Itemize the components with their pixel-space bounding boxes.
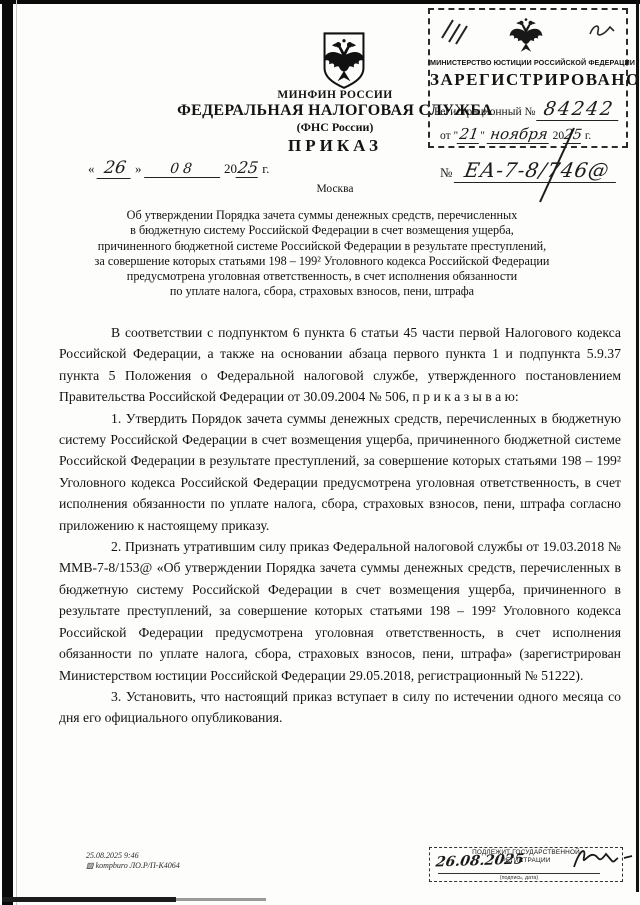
scan-edge-top xyxy=(0,0,640,4)
scan-edge-left-thin xyxy=(16,0,17,905)
handwritten-year: 25 xyxy=(236,158,261,178)
minjust-eagle-icon xyxy=(504,15,548,57)
stamp-registration-number-line: Регистрационный № 84242 xyxy=(434,98,626,121)
stamp-registered-label: ЗАРЕГИСТРИРОВАНО xyxy=(430,70,626,90)
pen-stroke-slash xyxy=(534,126,582,206)
year-prefix: 20 xyxy=(224,161,237,176)
date-quote-open: « xyxy=(88,161,95,176)
preamble-paragraph: В соответствии с подпунктом 6 пункта 6 с… xyxy=(59,322,621,408)
stamp-date-quote: " xyxy=(480,130,485,142)
order-subject: Об утверждении Порядка зачета суммы дене… xyxy=(42,208,602,300)
pen-scribble-right xyxy=(588,22,616,44)
scan-edge-right xyxy=(636,0,639,892)
order-number-line: № ЕА-7-8/746@ xyxy=(440,158,618,183)
handwritten-day: 26 xyxy=(96,158,133,179)
kompburo-icon: ▨ xyxy=(86,861,94,870)
handwritten-registration-date: 26.08.2025 xyxy=(435,851,525,870)
handwritten-stamp-day: 21 xyxy=(457,125,482,144)
item-2-paragraph: 2. Признать утратившим силу приказ Федер… xyxy=(59,536,621,686)
subject-line: за совершение которых статьями 198 – 199… xyxy=(42,254,602,269)
order-body: В соответствии с подпунктом 6 пункта 6 с… xyxy=(59,322,621,729)
stamp-date-from: от " xyxy=(440,130,458,142)
number-label: № xyxy=(440,165,452,180)
order-date-line: « 26 » 08 2025 г. xyxy=(88,158,269,179)
pen-scribble-left xyxy=(438,16,474,50)
print-code-line: ▨ kompburo ЛО.Р/П-К4064 xyxy=(86,861,180,871)
handwritten-month: 08 xyxy=(144,161,222,178)
fns-coat-of-arms-icon xyxy=(318,31,370,91)
handwritten-reg-number: 84242 xyxy=(537,98,623,121)
scan-edge-bottom-fade xyxy=(176,898,266,901)
subject-line: Об утверждении Порядка зачета суммы дене… xyxy=(42,208,602,223)
scan-edge-bottom xyxy=(2,897,176,902)
print-meta: 25.08.2025 9:46 ▨ kompburo ЛО.Р/П-К4064 xyxy=(86,851,180,870)
stamp-year-suffix: г. xyxy=(585,130,591,142)
stamp2-caption: (подпись, дата) xyxy=(438,875,600,881)
date-quote-close: » xyxy=(135,161,142,176)
signature-scribble xyxy=(570,845,634,873)
city-label: Москва xyxy=(110,183,560,195)
subject-line: причиненного бюджетной системе Российско… xyxy=(42,239,602,254)
reg-number-label: Регистрационный № xyxy=(434,106,535,118)
print-timestamp: 25.08.2025 9:46 xyxy=(86,851,180,861)
stamp-date-line: от "21" ноября 2025 г. xyxy=(440,125,626,144)
scanned-order-page: МИНФИН РОССИИ ФЕДЕРАЛЬНАЯ НАЛОГОВАЯ СЛУЖ… xyxy=(0,0,640,905)
print-code: kompburo ЛО.Р/П-К4064 xyxy=(96,861,180,870)
item-3-paragraph: 3. Установить, что настоящий приказ всту… xyxy=(59,686,621,729)
scan-edge-left xyxy=(2,0,13,905)
stamp-ministry-name: МИНИСТЕРСТВО ЮСТИЦИИ РОССИЙСКОЙ ФЕДЕРАЦИ… xyxy=(430,58,626,67)
subject-line: по уплате налога, сбора, страховых взнос… xyxy=(42,284,602,299)
subject-line: предусмотрена уголовная ответственность,… xyxy=(42,269,602,284)
year-suffix: г. xyxy=(262,161,269,176)
subject-line: в бюджетную систему Российской Федерации… xyxy=(42,223,602,238)
minjust-registration-stamp: МИНИСТЕРСТВО ЮСТИЦИИ РОССИЙСКОЙ ФЕДЕРАЦИ… xyxy=(428,8,628,148)
item-1-paragraph: 1. Утвердить Порядок зачета суммы денежн… xyxy=(59,408,621,536)
